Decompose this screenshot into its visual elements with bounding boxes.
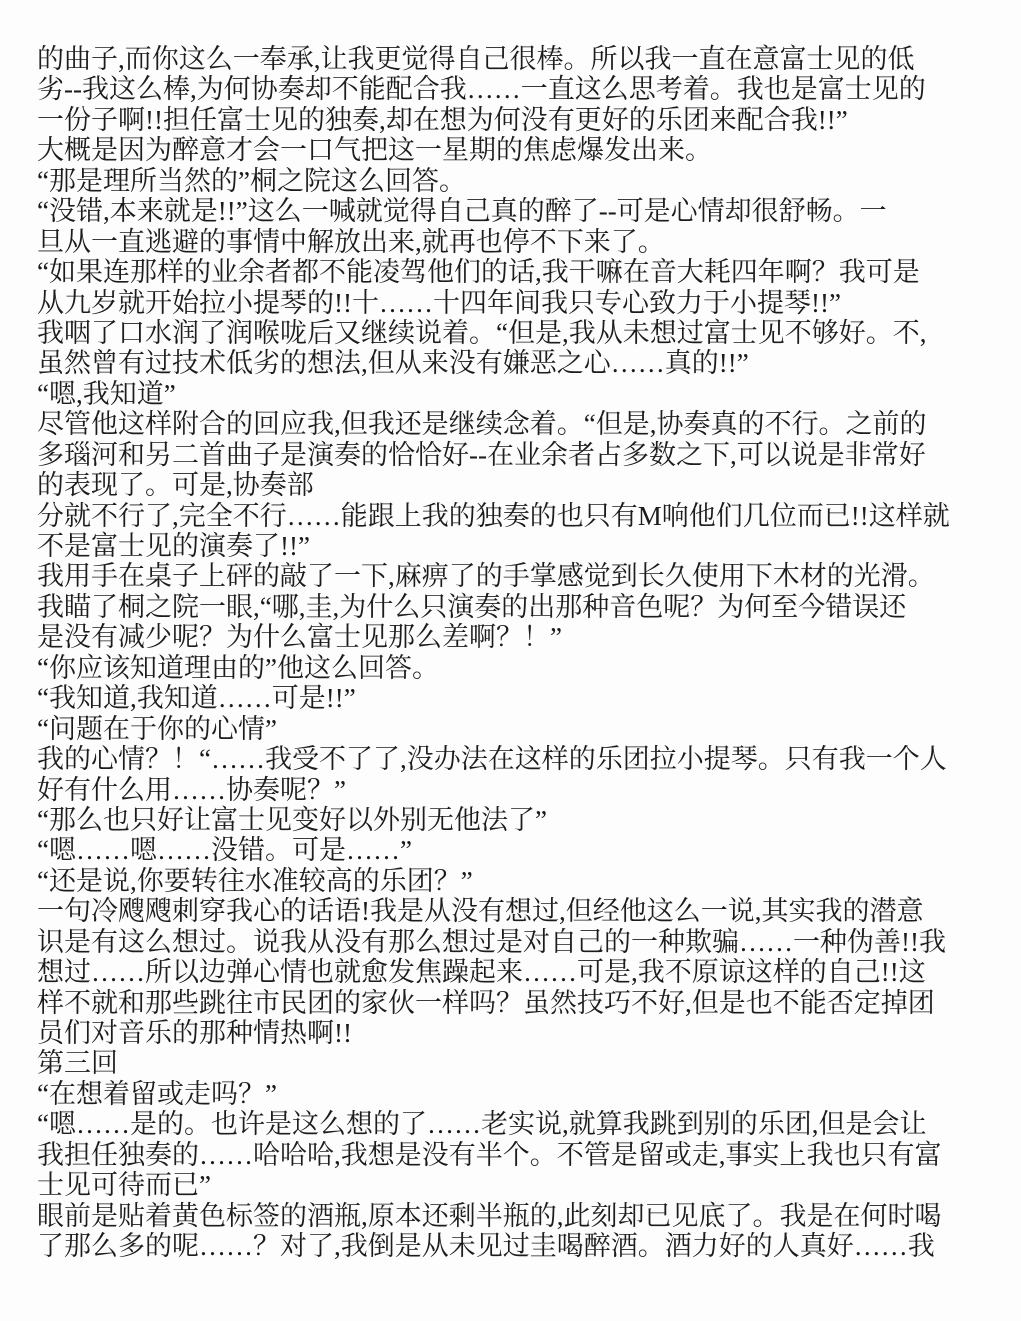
text-line: 多瑙河和另二首曲子是演奏的恰恰好--在业余者占多数之下,可以说是非常好	[37, 440, 992, 470]
text-line: 我担任独奏的……哈哈哈,我想是没有半个。不管是留或走,事实上我也只有富	[37, 1140, 992, 1170]
text-line: 虽然曾有过技术低劣的想法,但从来没有嫌恶之心……真的!!”	[37, 348, 992, 378]
text-line: 第三回	[37, 1048, 992, 1078]
text-line: “嗯……嗯……没错。可是……”	[37, 835, 992, 865]
text-line: 我瞄了桐之院一眼,“哪,圭,为什么只演奏的出那种音色呢？为何至今错误还	[37, 592, 992, 622]
text-line: 分就不行了,完全不行……能跟上我的独奏的也只有M响他们几位而已!!这样就	[37, 501, 992, 531]
text-line: “你应该知道理由的”他这么回答。	[37, 653, 992, 683]
text-line: 一句冷飕飕刺穿我心的话语!我是从没有想过,但经他这么一说,其实我的潜意	[37, 896, 992, 926]
text-line: 士见可待而已”	[37, 1170, 992, 1200]
text-line: “那是理所当然的”桐之院这么回答。	[37, 166, 992, 196]
text-line: 是没有减少呢？为什么富士见那么差啊？！”	[37, 622, 992, 652]
text-line: “没错,本来就是!!”这么一喊就觉得自己真的醉了--可是心情却很舒畅。一	[37, 196, 992, 226]
text-line: 我咽了口水润了润喉咙后又继续说着。“但是,我从未想过富士见不够好。不,	[37, 318, 992, 348]
text-line: 识是有这么想过。说我从没有那么想过是对自己的一种欺骗……一种伪善!!我	[37, 927, 992, 957]
text-line: 的表现了。可是,协奏部	[37, 470, 992, 500]
text-line: 劣--我这么棒,为何协奏却不能配合我……一直这么思考着。我也是富士见的	[37, 74, 992, 104]
text-line: 旦从一直逃避的事情中解放出来,就再也停不下来了。	[37, 227, 992, 257]
text-line: “问题在于你的心情”	[37, 714, 992, 744]
novel-page: 的曲子,而你这么一奉承,让我更觉得自己很棒。所以我一直在意富士见的低劣--我这么…	[0, 0, 1021, 1321]
text-line: 了那么多的呢……？对了,我倒是从未见过圭喝醉酒。酒力好的人真好……我	[37, 1231, 992, 1261]
text-line: 好有什么用……协奏呢？”	[37, 775, 992, 805]
text-line: 想过……所以边弹心情也就愈发焦躁起来……可是,我不原谅这样的自己!!这	[37, 957, 992, 987]
text-line: 尽管他这样附合的回应我,但我还是继续念着。“但是,协奏真的不行。之前的	[37, 409, 992, 439]
text-line: “嗯……是的。也许是这么想的了……老实说,就算我跳到别的乐团,但是会让	[37, 1109, 992, 1139]
text-line: 不是富士见的演奏了!!”	[37, 531, 992, 561]
text-line: 的曲子,而你这么一奉承,让我更觉得自己很棒。所以我一直在意富士见的低	[37, 44, 992, 74]
text-line: 我的心情？！“……我受不了了,没办法在这样的乐团拉小提琴。只有我一个人	[37, 744, 992, 774]
text-line: 样不就和那些跳往市民团的家伙一样吗？虽然技巧不好,但是也不能否定掉团	[37, 988, 992, 1018]
text-line: “嗯,我知道”	[37, 379, 992, 409]
text-line: “我知道,我知道……可是!!”	[37, 683, 992, 713]
text-line: 从九岁就开始拉小提琴的!!十……十四年间我只专心致力于小提琴!!”	[37, 288, 992, 318]
text-line: 我用手在桌子上砰的敲了一下,麻痹了的手掌感觉到长久使用下木材的光滑。	[37, 561, 992, 591]
text-line: 一份子啊!!担任富士见的独奏,却在想为何没有更好的乐团来配合我!!”	[37, 105, 992, 135]
text-line: 大概是因为醉意才会一口气把这一星期的焦虑爆发出来。	[37, 135, 992, 165]
text-line: 眼前是贴着黄色标签的酒瓶,原本还剩半瓶的,此刻却已见底了。我是在何时喝	[37, 1201, 992, 1231]
text-line: “在想着留或走吗？”	[37, 1079, 992, 1109]
text-line: “还是说,你要转往水准较高的乐团？”	[37, 866, 992, 896]
text-line: “如果连那样的业余者都不能凌驾他们的话,我干嘛在音大耗四年啊？我可是	[37, 257, 992, 287]
text-line: “那么也只好让富士见变好以外别无他法了”	[37, 805, 992, 835]
novel-text-block: 的曲子,而你这么一奉承,让我更觉得自己很棒。所以我一直在意富士见的低劣--我这么…	[37, 44, 992, 1262]
text-line: 员们对音乐的那种情热啊!!	[37, 1018, 992, 1048]
